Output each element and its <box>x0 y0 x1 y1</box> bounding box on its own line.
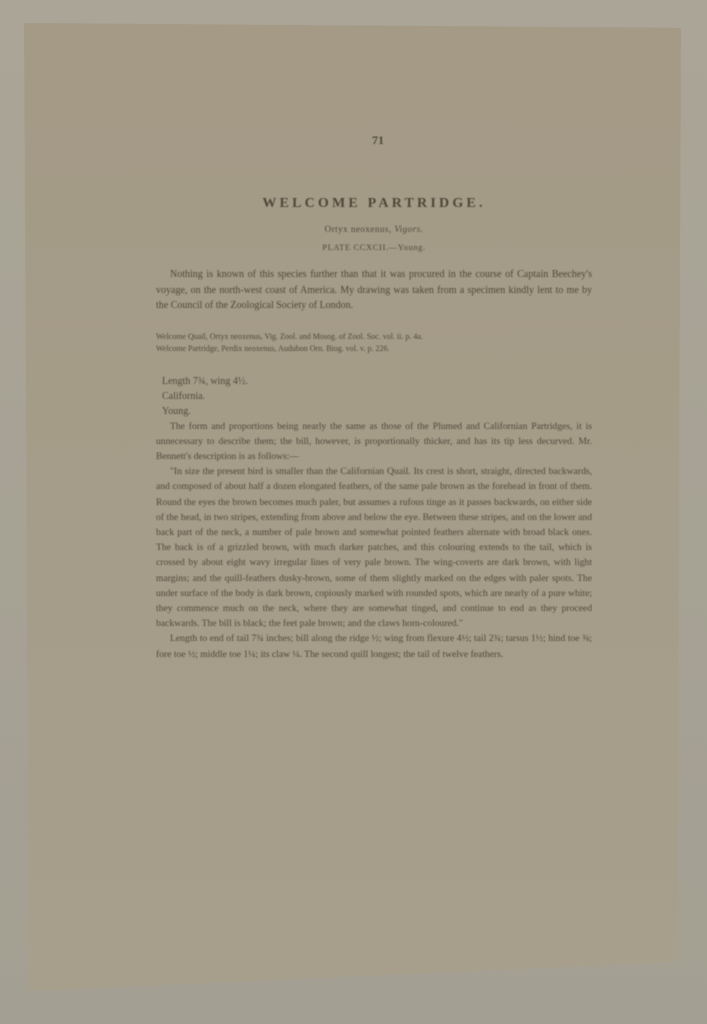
authority: Vigors. <box>394 224 423 234</box>
measurement-line: Length 7¾, wing 4½. <box>162 374 592 389</box>
quoted-description-paragraph: "In size the present bird is smaller tha… <box>156 464 592 631</box>
scientific-name: Ortyx neoxenus, <box>325 224 392 234</box>
intro-paragraph: Nothing is known of this species further… <box>156 267 592 314</box>
measurements-block: Length 7¾, wing 4½. California. Young. <box>156 374 592 419</box>
age-line: Young. <box>162 404 592 419</box>
page-title: WELCOME PARTRIDGE. <box>156 196 592 212</box>
scientific-name-line: Ortyx neoxenus, Vigors. <box>156 224 592 234</box>
synonym-item: Welcome Quail, Ortyx neoxenus, Vig. Zool… <box>156 331 592 344</box>
book-page: 71 WELCOME PARTRIDGE. Ortyx neoxenus, Vi… <box>24 23 681 991</box>
synonyms-list: Welcome Quail, Ortyx neoxenus, Vig. Zool… <box>156 331 592 356</box>
page-number: 71 <box>164 133 592 153</box>
locality-line: California. <box>162 389 592 404</box>
plate-caption: PLATE CCXCII.—Young. <box>156 242 592 252</box>
synonym-item: Welcome Partridge, Perdix neoxenus, Audu… <box>156 343 592 356</box>
page-text: 71 WELCOME PARTRIDGE. Ortyx neoxenus, Vi… <box>156 133 592 662</box>
description-paragraph: The form and proportions being nearly th… <box>156 419 592 465</box>
dimensions-paragraph: Length to end of tail 7¾ inches; bill al… <box>156 631 592 661</box>
